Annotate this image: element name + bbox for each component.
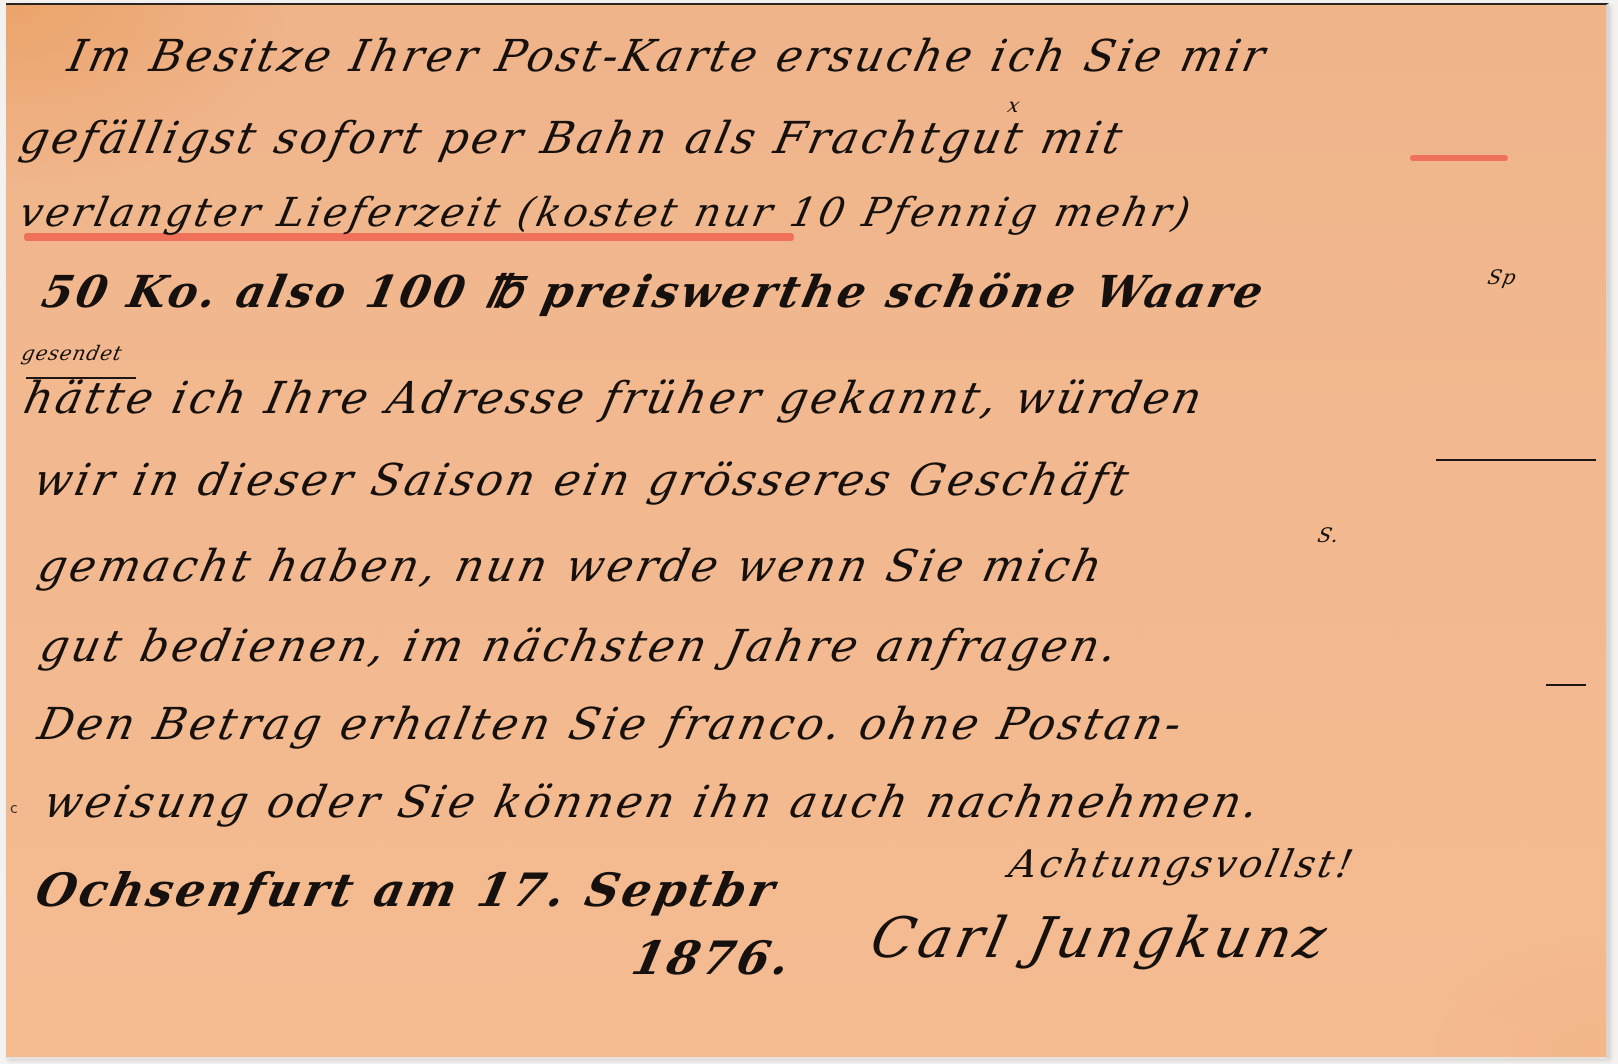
text-line-7: gemacht haben, nun werde wenn Sie mich: [34, 545, 1109, 589]
signature: Carl Jungkunz: [866, 911, 1335, 967]
corner-mark: c: [10, 801, 18, 817]
marginal-note: gesendet: [20, 343, 125, 363]
text-line-1: Im Besitze Ihrer Post-Karte ersuche ich …: [64, 35, 1272, 79]
flourish-line: [1546, 684, 1586, 686]
text-line-6: wir in dieser Saison ein grösseres Gesch…: [30, 459, 1135, 503]
superscript-note: S.: [1316, 525, 1342, 545]
closing-text: Achtungsvollst!: [1006, 845, 1359, 883]
superscript-note: Sp: [1486, 267, 1519, 287]
text-line-4: 50 Ko. also 100 ℔ preiswerthe schöne Waa…: [38, 271, 1270, 315]
text-line-3: verlangter Lieferzeit (kostet nur 10 Pfe…: [16, 193, 1197, 233]
flourish-line: [1436, 459, 1596, 461]
superscript-note: x: [1006, 95, 1023, 115]
text-line-5: hätte ich Ihre Adresse früher gekannt, w…: [20, 377, 1208, 421]
text-line-8: gut bedienen, im nächsten Jahre anfragen…: [36, 625, 1124, 669]
place-date-line: Ochsenfurt am 17. Septbr: [32, 867, 781, 913]
text-line-2: gefälligst sofort per Bahn als Frachtgut…: [16, 117, 1129, 161]
year-line: 1876.: [628, 935, 797, 981]
red-pencil-underline-short: [1410, 155, 1508, 161]
postcard: Im Besitze Ihrer Post-Karte ersuche ich …: [6, 3, 1609, 1059]
text-line-10: weisung oder Sie können ihn auch nachneh…: [40, 781, 1265, 825]
text-line-9: Den Betrag erhalten Sie franco. ohne Pos…: [34, 703, 1188, 747]
